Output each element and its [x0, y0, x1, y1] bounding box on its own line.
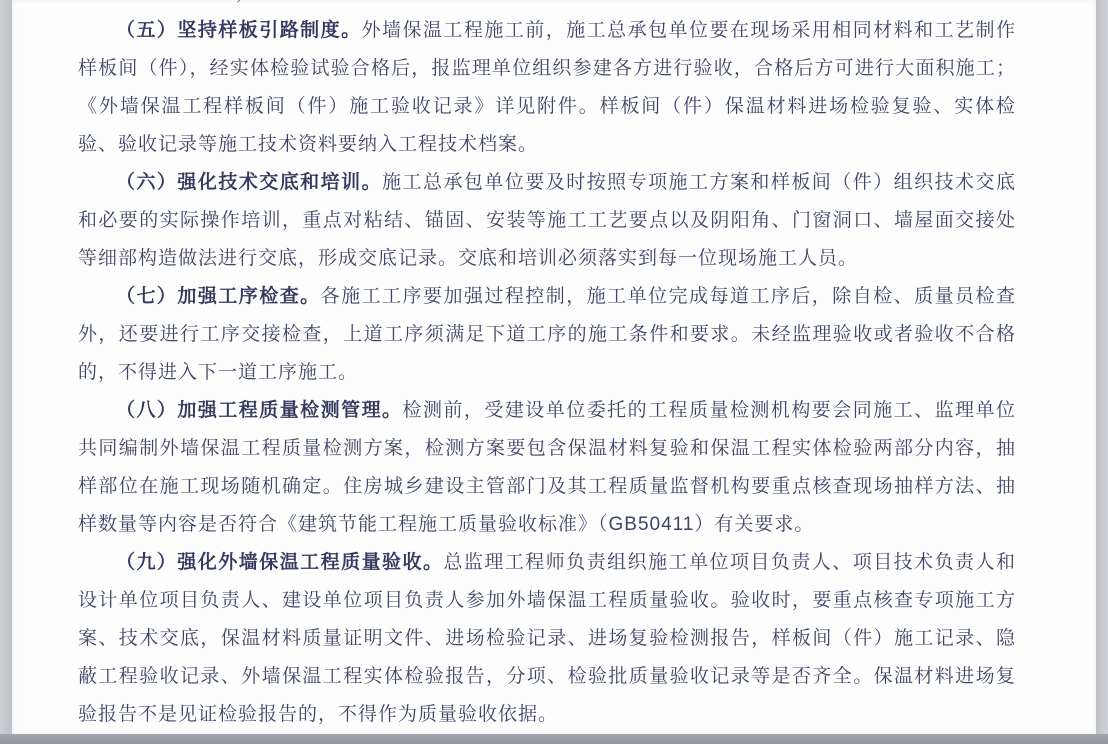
paragraph-6-heading: （六）强化技术交底和培训。	[116, 172, 382, 193]
paragraph-6: （六）强化技术交底和培训。施工总承包单位要及时按照专项施工方案和样板间（件）组织…	[78, 164, 1016, 278]
clipped-previous-paragraph-line: 方案论证记录，并组织有关专家进行论证。	[78, 0, 1016, 12]
document-page: 方案论证记录，并组织有关专家进行论证。 （五）坚持样板引路制度。外墙保温工程施工…	[12, 0, 1096, 734]
document-content: 方案论证记录，并组织有关专家进行论证。 （五）坚持样板引路制度。外墙保温工程施工…	[12, 0, 1096, 734]
clipped-line-text: 方案论证记录，并组织有关专家进行论证。	[78, 0, 1016, 12]
paragraph-5: （五）坚持样板引路制度。外墙保温工程施工前，施工总承包单位要在现场采用相同材料和…	[78, 12, 1016, 164]
page-left-edge	[0, 0, 12, 734]
paragraph-8: （八）加强工程质量检测管理。检测前，受建设单位委托的工程质量检测机构要会同施工、…	[78, 392, 1016, 544]
paragraph-8-heading: （八）加强工程质量检测管理。	[116, 400, 403, 421]
paragraph-9-heading: （九）强化外墙保温工程质量验收。	[116, 552, 443, 573]
paragraph-9-body: 总监理工程师负责组织施工单位项目负责人、项目技术负责人和设计单位项目负责人、建设…	[78, 552, 1016, 725]
paragraph-7-heading: （七）加强工序检查。	[116, 286, 321, 307]
paragraph-5-heading: （五）坚持样板引路制度。	[116, 20, 362, 41]
page-bottom-edge	[0, 734, 1108, 744]
page-right-edge	[1096, 0, 1108, 734]
paragraph-9: （九）强化外墙保温工程质量验收。总监理工程师负责组织施工单位项目负责人、项目技术…	[78, 544, 1016, 734]
paragraph-7: （七）加强工序检查。各施工工序要加强过程控制，施工单位完成每道工序后，除自检、质…	[78, 278, 1016, 392]
